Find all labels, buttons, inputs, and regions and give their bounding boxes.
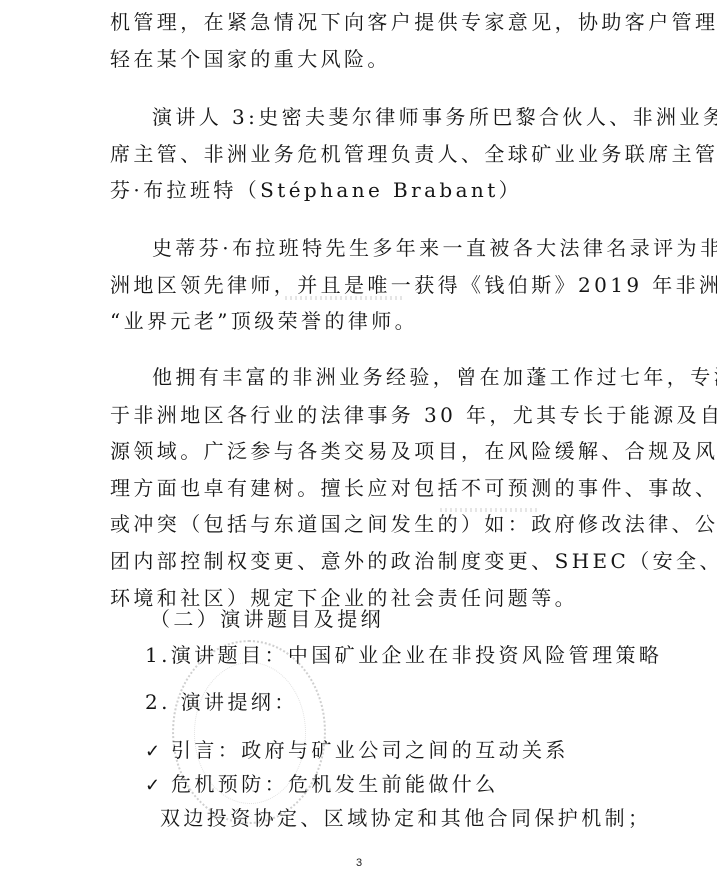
paragraph-line: 或冲突（包括与东道国之间发生的）如：政府修改法律、公司集 (110, 511, 717, 537)
paragraph-line: 源领域。广泛参与各类交易及项目，在风险缓解、合规及风险管 (110, 438, 717, 464)
paragraph-line: 席主管、非洲业务危机管理负责人、全球矿业业务联席主管史蒂 (110, 141, 717, 167)
bullet-item: ✓引言：政府与矿业公司之间的互动关系 (145, 737, 569, 765)
page-number: 3 (356, 857, 362, 869)
paragraph-line: 理方面也卓有建树。擅长应对包括不可预测的事件、事故、争议 (110, 475, 717, 501)
paragraph-line: 芬·布拉班特（Stéphane Brabant） (110, 177, 522, 203)
paragraph-line: 机管理，在紧急情况下向客户提供专家意见，协助客户管理和减 (110, 9, 717, 35)
outline-subtext: 双边投资协定、区域协定和其他合同保护机制； (160, 805, 651, 831)
paragraph-line: “业界元老”顶级荣誉的律师。 (110, 308, 418, 334)
document-page: 机管理，在紧急情况下向客户提供专家意见，协助客户管理和减 轻在某个国家的重大风险… (0, 0, 717, 882)
speaker-3-intro: 演讲人 3:史密夫斐尔律师事务所巴黎合伙人、非洲业务联 (152, 104, 717, 130)
bullet-text: 危机预防：危机发生前能做什么 (171, 772, 499, 796)
bullet-text: 引言：政府与矿业公司之间的互动关系 (171, 738, 569, 762)
paragraph-line: 于非洲地区各行业的法律事务 30 年，尤其专长于能源及自然资 (110, 402, 717, 428)
scan-noise (285, 296, 405, 300)
scan-noise (440, 508, 540, 512)
checkmark-icon: ✓ (145, 739, 171, 765)
bullet-item: ✓危机预防：危机发生前能做什么 (145, 771, 499, 799)
paragraph-line: 洲地区领先律师，并且是唯一获得《钱伯斯》2019 年非洲地区 (110, 272, 717, 298)
paragraph-line: 史蒂芬·布拉班特先生多年来一直被各大法律名录评为非 (152, 235, 717, 261)
paragraph-line: 他拥有丰富的非洲业务经验，曾在加蓬工作过七年，专注 (152, 364, 717, 390)
checkmark-icon: ✓ (145, 773, 171, 799)
paragraph-line: 轻在某个国家的重大风险。 (110, 46, 391, 72)
speech-outline-label: 2. 演讲提纲： (145, 689, 298, 715)
paragraph-line: 团内部控制权变更、意外的政治制度变更、SHEC（安全、健康、 (110, 548, 717, 574)
section-heading: （二）演讲题目及提纲 (150, 606, 384, 632)
speech-title: 1.演讲题目：中国矿业企业在非投资风险管理策略 (145, 642, 662, 668)
